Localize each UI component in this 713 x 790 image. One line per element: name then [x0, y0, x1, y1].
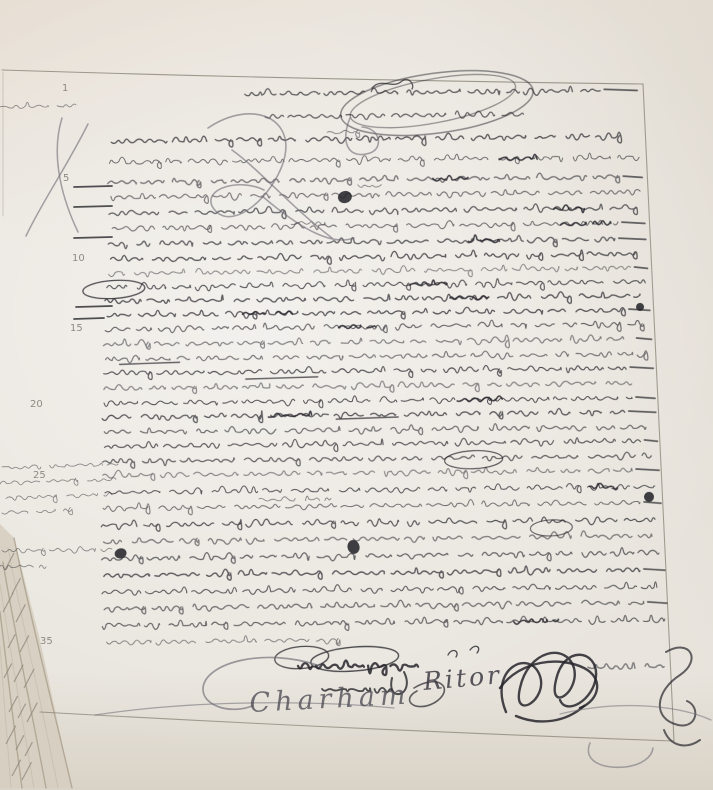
signatures: CharhamRitor — [95, 646, 711, 767]
line-filler-dash — [604, 89, 637, 91]
handwriting-line — [102, 547, 659, 565]
facsimile-frame-border — [2, 70, 674, 741]
handwriting-line — [104, 565, 640, 582]
printed-line-number: 20 — [30, 399, 43, 410]
line-filler-dash — [634, 267, 647, 269]
handwriting-line — [103, 452, 652, 469]
signature-superscript-mark — [448, 651, 457, 657]
handwriting-line — [107, 305, 625, 322]
handwriting-line — [104, 436, 640, 454]
ink-blot — [113, 547, 127, 560]
signature-hook-flourish — [588, 743, 653, 767]
printed-line-number: 10 — [72, 253, 85, 264]
handwriting-line — [111, 131, 621, 148]
flourishes — [26, 79, 413, 240]
word-underline — [336, 417, 398, 419]
line-filler-dash — [644, 569, 665, 571]
line-filler-dash — [622, 222, 645, 224]
handwriting-bold-word — [457, 396, 502, 402]
line-filler-dash — [629, 411, 656, 413]
handwriting-line — [112, 219, 618, 235]
paragraph-dash — [74, 186, 112, 187]
handwriting-line — [109, 263, 631, 280]
signature-superscript-mark — [470, 646, 479, 653]
handwriting-line — [108, 172, 620, 188]
handwriting-bold-word — [468, 235, 499, 243]
marginal-note — [2, 507, 73, 517]
handwriting-line — [111, 188, 640, 204]
handwriting-line — [101, 515, 655, 533]
paragraph-dash — [74, 318, 104, 319]
paragraph-dash — [74, 206, 112, 207]
book-page-scene: 151015202535 CharhamRitor — [0, 0, 713, 790]
handwriting-bold-word — [553, 205, 584, 213]
handwriting-line — [245, 85, 600, 98]
line-filler-dash — [644, 440, 657, 442]
printed-line-number: 35 — [40, 636, 53, 647]
paragraph-dash — [74, 237, 112, 238]
handwriting-line — [103, 465, 632, 483]
handwriting-line — [105, 482, 655, 498]
line-filler-dash — [636, 397, 655, 399]
interlinear-word — [327, 130, 359, 138]
handwriting-line — [104, 393, 632, 410]
handwriting-line — [102, 407, 625, 424]
word-underline — [246, 377, 318, 379]
marginal-note — [0, 477, 116, 488]
handwriting-line — [265, 110, 524, 120]
handwriting-line — [104, 363, 627, 380]
line-filler-dash — [637, 338, 652, 340]
marginal-note — [2, 462, 118, 470]
line-filler-dash — [636, 469, 659, 471]
handwriting-line — [102, 615, 664, 633]
handwriting-bold-word — [410, 280, 447, 286]
frame-top-border — [2, 70, 643, 84]
printed-line-number: 15 — [70, 323, 83, 334]
signature-s-flourish — [660, 648, 696, 726]
circled-word-oval — [444, 449, 503, 470]
marginal-note — [0, 101, 76, 108]
handwriting-line — [104, 422, 646, 438]
printed-line-number: 25 — [33, 470, 46, 481]
printed-line-numbers: 151015202535 — [30, 83, 85, 647]
signature-ritor: Ritor — [421, 660, 503, 696]
handwriting-line — [103, 530, 652, 546]
handwriting-bold-word — [243, 311, 293, 314]
handwriting-line — [104, 598, 644, 615]
signature-charham: Charham — [249, 680, 412, 719]
flourish-oval — [337, 61, 537, 146]
handwriting-line — [103, 498, 640, 516]
paragraph-dash — [76, 306, 112, 307]
interlinear-word — [259, 496, 331, 501]
signature-s-flourish — [664, 730, 700, 745]
paraph-flourish — [346, 118, 379, 155]
line-filler-dash — [648, 602, 667, 604]
line-filler-dash — [623, 176, 642, 178]
line-filler-dash — [619, 238, 646, 240]
marginal-note — [6, 493, 112, 505]
frame-bottom-border — [40, 712, 674, 741]
paraph-flourish — [232, 150, 332, 238]
interlinear-word — [358, 184, 382, 187]
ink-blot — [346, 539, 361, 556]
book-page-edges — [0, 524, 72, 788]
handwriting-line — [104, 378, 632, 395]
handwriting-line — [109, 152, 639, 170]
handwriting-line — [103, 334, 623, 352]
signature-sixfitor-squiggle — [588, 663, 664, 669]
handwriting-line — [107, 277, 646, 295]
line-filler-dash — [630, 367, 653, 369]
printed-line-number: 1 — [62, 83, 68, 94]
photograph-of-open-book: 151015202535 CharhamRitor — [0, 0, 713, 790]
signature-monogram — [516, 706, 584, 721]
handwriting-line — [110, 249, 637, 267]
handwriting-line — [108, 234, 615, 251]
ink-blot — [337, 189, 354, 204]
handwriting-line — [105, 291, 640, 309]
circled-word-oval — [82, 279, 145, 301]
marginal-note — [2, 546, 112, 556]
handwriting-line — [109, 203, 638, 221]
handwriting-line — [102, 581, 657, 597]
line-filler-dash — [644, 502, 661, 504]
handwriting-line — [105, 319, 644, 337]
handwriting-line — [106, 349, 648, 365]
flourish-oval — [346, 64, 519, 138]
printed-line-number: 5 — [63, 173, 69, 184]
